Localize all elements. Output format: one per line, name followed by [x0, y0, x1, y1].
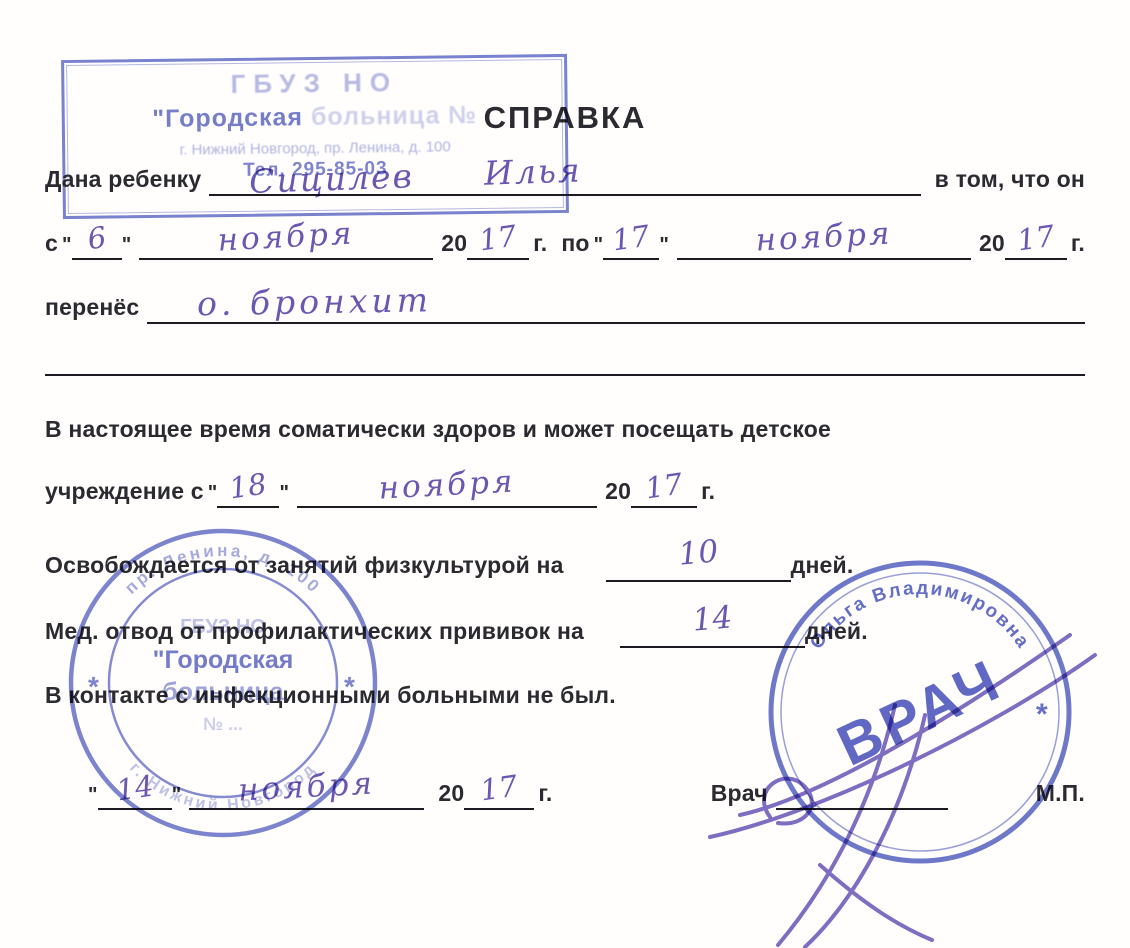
to-year-handwriting: 17	[1003, 217, 1069, 259]
illness-row: перенёс о. бронхит	[45, 286, 1085, 324]
child-name-field: Сицилев Илья	[209, 156, 920, 196]
illness-field: о. бронхит	[147, 284, 1085, 324]
vaccine-exemption-label: Мед. отвод от профилактических прививок …	[45, 618, 584, 648]
illness-handwriting: о. бронхит	[147, 269, 1085, 324]
pe-exemption-row: Освобождается от занятий физкультурой на…	[45, 544, 1085, 582]
vaccine-exemption-row: Мед. отвод от профилактических прививок …	[45, 610, 1085, 648]
to-day-field: 17	[603, 220, 659, 260]
century-prefix: 20	[979, 230, 1005, 260]
issued-to-row: Дана ребенку Сицилев Илья в том, что он	[45, 158, 1085, 196]
seal-place-label: М.П.	[1036, 780, 1085, 810]
issue-day-handwriting: 14	[96, 766, 174, 810]
century-prefix: 20	[438, 780, 464, 810]
pe-days-field: 10	[606, 542, 791, 582]
issue-month-field: ноября	[189, 770, 424, 810]
open-quote: "	[62, 234, 72, 260]
close-quote: "	[172, 784, 182, 810]
medical-certificate-scan: СПРАВКА ГБУЗ НО "Городская больница № г.…	[0, 0, 1130, 948]
to-year-field: 17	[1005, 220, 1067, 260]
doctor-signature-field	[776, 770, 948, 810]
open-quote: "	[88, 784, 98, 810]
from-year-field: 17	[467, 220, 529, 260]
year-suffix: г.	[533, 230, 547, 260]
close-quote: "	[279, 482, 289, 508]
doctor-stamp-center-word: ВРАЧ	[828, 646, 1013, 778]
vaccine-days-handwriting: 14	[619, 593, 806, 645]
doctor-label: Врач	[711, 780, 768, 810]
contact-statement-text: В контакте с инфекционными больными не б…	[45, 682, 616, 712]
round-stamp-name-line1: "Городская	[153, 646, 294, 674]
days-suffix: дней.	[805, 618, 868, 648]
doctor-round-stamp: Ольга Владимировна ВРАЧ * *	[760, 552, 1080, 872]
to-month-handwriting: ноября	[676, 211, 971, 262]
from-year-handwriting: 17	[465, 217, 531, 259]
attend-year-field: 17	[631, 468, 697, 508]
issued-to-suffix: в том, что он	[935, 166, 1085, 196]
attend-month-handwriting: ноября	[296, 459, 597, 511]
year-suffix: г.	[1071, 230, 1085, 260]
vaccine-days-field: 14	[620, 608, 805, 648]
stamp-hospital-name: "Городская больница №	[65, 100, 565, 135]
stamp-hospital-name-part1: "Городская	[152, 103, 303, 133]
issue-month-handwriting: ноября	[189, 763, 426, 811]
pe-days-handwriting: 10	[604, 527, 791, 579]
from-day-handwriting: 6	[70, 218, 124, 259]
century-prefix: 20	[441, 230, 467, 260]
empty-line-row	[45, 338, 1085, 376]
healthy-statement-row: В настоящее время соматически здоров и м…	[45, 408, 1085, 446]
round-stamp-number: № ...	[203, 714, 243, 734]
year-suffix: г.	[538, 780, 552, 810]
contact-statement-row: В контакте с инфекционными больными не б…	[45, 674, 1085, 712]
attend-day-field: 18	[217, 468, 279, 508]
from-day-field: 6	[72, 220, 122, 260]
close-quote: "	[659, 234, 669, 260]
sick-period-row: с " 6 " ноября 20 17 г. по " 17 " ноября…	[45, 222, 1085, 260]
illness-label: перенёс	[45, 294, 139, 324]
from-month-field: ноября	[139, 220, 433, 260]
days-suffix: дней.	[791, 552, 854, 582]
issued-to-label: Дана ребенку	[45, 166, 201, 196]
stamp-hospital-name-part2: больница №	[303, 101, 477, 131]
attend-month-field: ноября	[297, 468, 597, 508]
century-prefix: 20	[605, 478, 631, 508]
healthy-statement-text: В настоящее время соматически здоров и м…	[45, 416, 831, 446]
stamp-org-type: ГБУЗ НО	[64, 65, 564, 102]
open-quote: "	[594, 234, 604, 260]
pe-exemption-label: Освобождается от занятий физкультурой на	[45, 552, 564, 582]
issue-year-field: 17	[464, 770, 534, 810]
attend-label: учреждение с	[45, 478, 204, 508]
empty-underline	[45, 336, 1085, 376]
issue-year-handwriting: 17	[462, 766, 536, 809]
signature-row: " 14 " ноября 20 17 г. Врач М.П.	[88, 772, 1085, 810]
attend-day-handwriting: 18	[215, 465, 281, 507]
to-day-handwriting: 17	[601, 217, 661, 258]
to-month-field: ноября	[677, 220, 971, 260]
attend-from-row: учреждение с " 18 " ноября 20 17 г.	[45, 470, 1085, 508]
close-quote: "	[122, 234, 132, 260]
from-label: с	[45, 230, 58, 260]
open-quote: "	[208, 482, 218, 508]
issue-day-field: 14	[98, 770, 172, 810]
from-month-handwriting: ноября	[139, 211, 434, 262]
attend-year-handwriting: 17	[629, 465, 699, 508]
year-suffix: г.	[701, 478, 715, 508]
to-label: по	[561, 230, 589, 260]
